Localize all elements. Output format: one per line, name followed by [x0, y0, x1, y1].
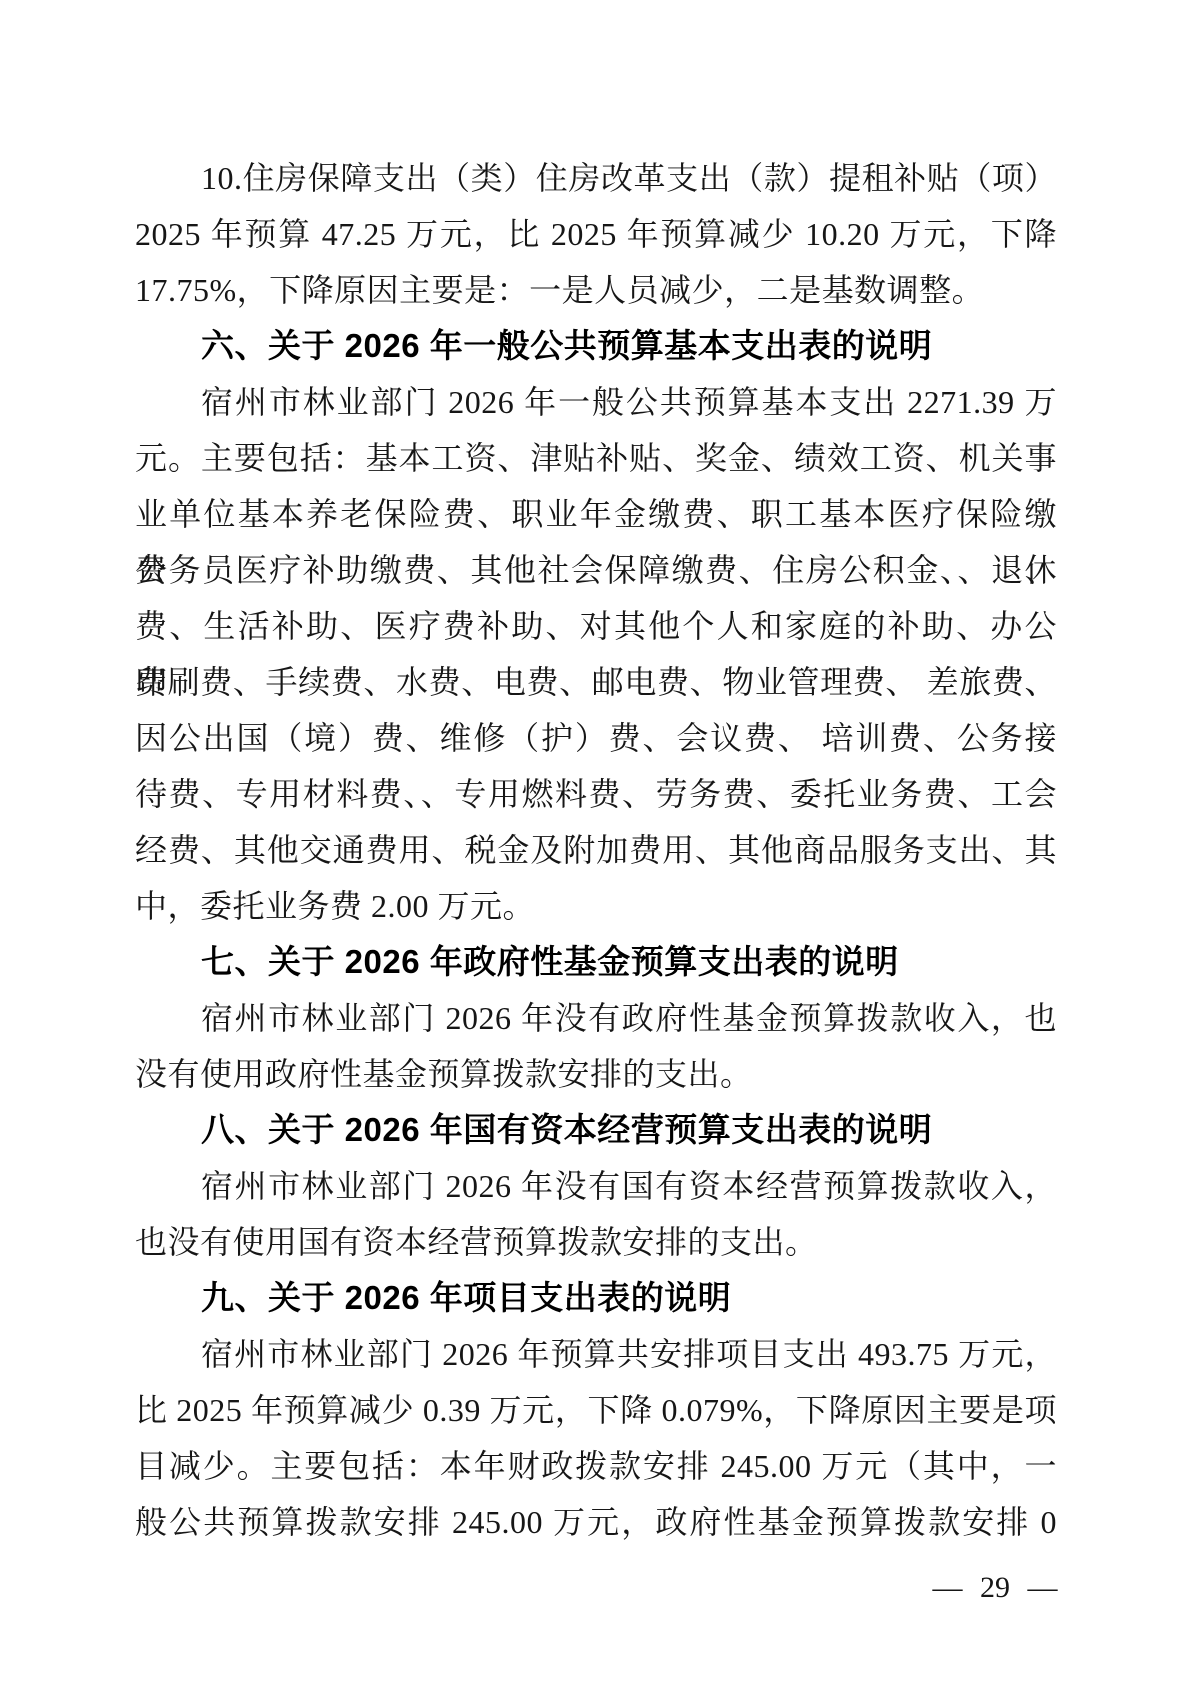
text-line: 宿州市林业部门 2026 年一般公共预算基本支出 2271.39 万: [135, 374, 1057, 430]
document-body: 10.住房保障支出（类）住房改革支出（款）提租补贴（项） 2025 年预算 47…: [135, 150, 1057, 1550]
text-line: 因公出国（境）费、维修（护）费、会议费、 培训费、公务接: [135, 710, 1057, 766]
section-heading-9: 九、关于 2026 年项目支出表的说明: [135, 1270, 1057, 1326]
section-heading-7: 七、关于 2026 年政府性基金预算支出表的说明: [135, 934, 1057, 990]
text-line: 宿州市林业部门 2026 年没有政府性基金预算拨款收入，也: [135, 990, 1057, 1046]
text-line: 17.75%，下降原因主要是：一是人员减少，二是基数调整。: [135, 262, 1057, 318]
page-number: — 29 —: [895, 1566, 1095, 1610]
document-page: 10.住房保障支出（类）住房改革支出（款）提租补贴（项） 2025 年预算 47…: [0, 0, 1190, 1683]
text-line: 公务员医疗补助缴费、其他社会保障缴费、住房公积金、、退休: [135, 542, 1057, 598]
text-line: 费、生活补助、医疗费补助、对其他个人和家庭的补助、办公费、: [135, 598, 1057, 654]
text-line: 2025 年预算 47.25 万元，比 2025 年预算减少 10.20 万元，…: [135, 206, 1057, 262]
section-heading-6: 六、关于 2026 年一般公共预算基本支出表的说明: [135, 318, 1057, 374]
text-line: 目减少。主要包括：本年财政拨款安排 245.00 万元（其中，一: [135, 1438, 1057, 1494]
text-line: 宿州市林业部门 2026 年预算共安排项目支出 493.75 万元，: [135, 1326, 1057, 1382]
text-line: 宿州市林业部门 2026 年没有国有资本经营预算拨款收入，: [135, 1158, 1057, 1214]
text-line: 般公共预算拨款安排 245.00 万元，政府性基金预算拨款安排 0: [135, 1494, 1057, 1550]
text-line: 中，委托业务费 2.00 万元。: [135, 878, 1057, 934]
text-line: 业单位基本养老保险费、职业年金缴费、职工基本医疗保险缴费、: [135, 486, 1057, 542]
section-heading-8: 八、关于 2026 年国有资本经营预算支出表的说明: [135, 1102, 1057, 1158]
text-line: 经费、其他交通费用、税金及附加费用、其他商品服务支出、其: [135, 822, 1057, 878]
text-line: 待费、专用材料费、、专用燃料费、劳务费、委托业务费、工会: [135, 766, 1057, 822]
text-line: 比 2025 年预算减少 0.39 万元，下降 0.079%，下降原因主要是项: [135, 1382, 1057, 1438]
text-line: 10.住房保障支出（类）住房改革支出（款）提租补贴（项）: [135, 150, 1057, 206]
text-line: 也没有使用国有资本经营预算拨款安排的支出。: [135, 1214, 1057, 1270]
text-line: 印刷费、手续费、水费、电费、邮电费、物业管理费、 差旅费、: [135, 654, 1057, 710]
text-line: 没有使用政府性基金预算拨款安排的支出。: [135, 1046, 1057, 1102]
text-line: 元。主要包括：基本工资、津贴补贴、奖金、绩效工资、机关事: [135, 430, 1057, 486]
